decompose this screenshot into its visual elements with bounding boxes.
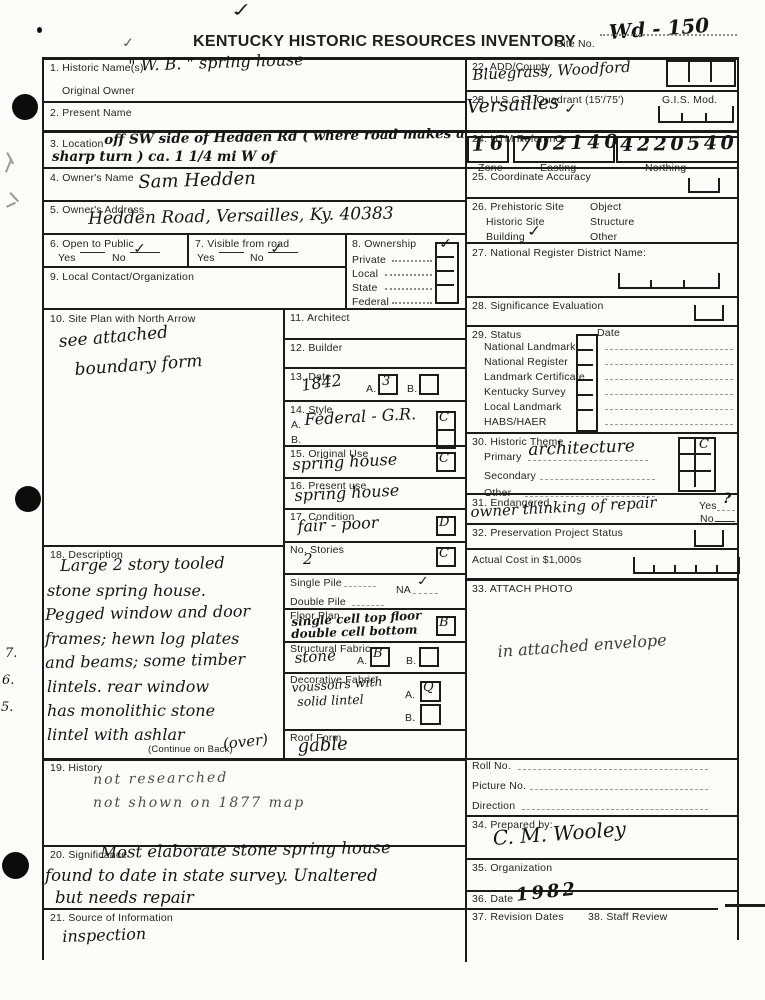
rule bbox=[577, 394, 593, 396]
field10-value-line2: boundary form bbox=[74, 351, 203, 380]
field6-yes-label: Yes bbox=[58, 252, 76, 264]
object-label: Object bbox=[590, 201, 622, 213]
field35-label: 35. Organization bbox=[472, 862, 552, 874]
rule bbox=[465, 815, 737, 817]
rule bbox=[465, 548, 737, 550]
decorative-a-label: A. bbox=[405, 689, 415, 701]
description-line: and beams; some timber bbox=[45, 650, 245, 672]
status-item: Kentucky Survey bbox=[484, 386, 566, 398]
utm-easting-value: 702140 bbox=[518, 130, 622, 156]
field16-value: spring house bbox=[294, 481, 400, 505]
status-item: National Register bbox=[484, 356, 568, 368]
status-item: National Landmark bbox=[484, 341, 576, 353]
floor-plan-line2: double cell bottom bbox=[291, 623, 418, 641]
field14-a-label: A. bbox=[291, 419, 301, 431]
actual-cost-box bbox=[633, 557, 740, 574]
field36-value: 1982 bbox=[515, 879, 579, 906]
rule bbox=[737, 57, 739, 940]
field22-box bbox=[666, 60, 736, 87]
endangered-no-line bbox=[715, 521, 735, 522]
na-check: ✓ bbox=[415, 573, 431, 589]
box-tick bbox=[674, 565, 676, 572]
description-line: lintel with ashlar bbox=[47, 725, 185, 744]
field25-box bbox=[688, 178, 720, 193]
rule bbox=[283, 508, 465, 510]
field36-label: 36. Date bbox=[472, 893, 513, 905]
rule bbox=[688, 61, 690, 82]
margin-number: 5. bbox=[1, 700, 13, 715]
structural-fabric-value: stone bbox=[294, 646, 336, 667]
history-line2: not shown on 1877 map bbox=[93, 795, 305, 811]
ownership-local-label: Local bbox=[352, 268, 378, 280]
margin-number: 6. bbox=[2, 673, 14, 688]
scanned-form-page: ✓ ✓ KENTUCKY HISTORIC RESOURCES INVENTOR… bbox=[0, 0, 765, 1000]
field23-value: Versailles bbox=[466, 91, 560, 118]
dash-leader bbox=[413, 593, 438, 594]
field6-no-check: ✓ bbox=[131, 240, 149, 257]
picture-no-label: Picture No. bbox=[472, 780, 526, 792]
rule bbox=[465, 296, 737, 298]
roof-form-value: gable bbox=[297, 733, 348, 757]
building-check: ✓ bbox=[525, 223, 544, 241]
field9-label: 9. Local Contact/Organization bbox=[50, 271, 194, 283]
endangered-yes-label: Yes bbox=[699, 500, 717, 512]
structural-a-label: A. bbox=[357, 655, 367, 667]
rule bbox=[42, 908, 465, 910]
decorative-line2: solid lintel bbox=[297, 692, 364, 709]
dotted-leader bbox=[385, 288, 432, 290]
description-line: Pegged window and door bbox=[45, 601, 250, 624]
theme-box-value: C bbox=[699, 437, 709, 452]
form-title: KENTUCKY HISTORIC RESOURCES INVENTORY bbox=[193, 33, 576, 51]
field27-box bbox=[618, 273, 720, 289]
checkmark: ✓ bbox=[228, 0, 256, 21]
field10-label: 10. Site Plan with North Arrow bbox=[50, 313, 195, 325]
field21-label: 21. Source of Information bbox=[50, 912, 173, 924]
rule bbox=[725, 904, 765, 907]
rule bbox=[283, 400, 465, 402]
source-value: inspection bbox=[62, 924, 146, 946]
field5-value: Hedden Road, Versailles, Ky. 40383 bbox=[88, 204, 394, 229]
continue-on-back-label: (Continue on Back) bbox=[148, 744, 233, 755]
field17-box-value: D bbox=[439, 515, 449, 530]
rule bbox=[679, 470, 711, 472]
rule bbox=[465, 908, 718, 910]
field14-b-box bbox=[436, 429, 456, 449]
status-item: HABS/HAER bbox=[484, 416, 546, 428]
rule bbox=[42, 266, 345, 268]
field6-no-label: No bbox=[112, 252, 126, 264]
primary-theme-value: architecture bbox=[528, 436, 635, 460]
dotted-leader bbox=[392, 302, 432, 304]
prehistoric-site-label: 26. Prehistoric Site bbox=[472, 201, 564, 213]
rule bbox=[42, 233, 465, 235]
rule bbox=[42, 101, 465, 103]
dash-leader bbox=[717, 510, 735, 511]
dotted-leader bbox=[385, 274, 432, 276]
rule bbox=[465, 578, 737, 581]
rule bbox=[42, 200, 465, 202]
over-note: (over) bbox=[222, 730, 269, 753]
rule bbox=[577, 409, 593, 411]
rule bbox=[42, 758, 465, 761]
status-item: Local Landmark bbox=[484, 401, 562, 413]
field15-value: spring house bbox=[292, 450, 398, 474]
field13-value: 1842 bbox=[300, 370, 343, 394]
field32-label: 32. Preservation Project Status bbox=[472, 527, 623, 539]
date-line bbox=[605, 364, 733, 365]
description-line: lintels. rear window bbox=[47, 677, 209, 696]
pencil-mark bbox=[6, 202, 16, 208]
rule bbox=[465, 167, 737, 169]
site-no-label: Site No. bbox=[556, 38, 595, 50]
rule bbox=[465, 858, 737, 860]
field13-a-label: A. bbox=[366, 383, 376, 395]
rule bbox=[465, 90, 737, 92]
field7-no-check: ✓ bbox=[268, 240, 286, 257]
dash-leader bbox=[518, 769, 708, 770]
rule bbox=[465, 57, 467, 962]
rule bbox=[283, 477, 465, 479]
significance-line3: but needs repair bbox=[55, 888, 194, 907]
significance-line2: found to date in state survey. Unaltered bbox=[45, 866, 378, 885]
field38-label: 38. Staff Review bbox=[588, 911, 667, 923]
margin-number: 7. bbox=[5, 646, 17, 661]
rule bbox=[710, 61, 712, 82]
field27-label: 27. National Register District Name: bbox=[472, 247, 646, 259]
field7-yes-label: Yes bbox=[197, 252, 215, 264]
decorative-b-box bbox=[420, 704, 441, 725]
date-line bbox=[605, 424, 733, 425]
rule bbox=[283, 541, 465, 543]
field4-value: Sam Hedden bbox=[138, 168, 256, 193]
hole-punch bbox=[15, 486, 41, 512]
field29-label: 29. Status bbox=[472, 329, 521, 341]
field13-b-box bbox=[419, 374, 439, 395]
endangered-yes-mark: ? bbox=[723, 491, 731, 507]
hole-punch bbox=[2, 852, 29, 879]
decorative-a-value: Q bbox=[423, 680, 434, 695]
gis-mod-label: G.I.S. Mod. bbox=[662, 94, 717, 106]
field17-value: fair - poor bbox=[297, 513, 379, 536]
site-no-value: Wd - 150 bbox=[608, 13, 710, 44]
box-tick bbox=[705, 113, 707, 121]
utm-zone-value: 16 bbox=[471, 132, 509, 156]
stories-box-value: C bbox=[439, 546, 449, 561]
box-tick bbox=[695, 565, 697, 572]
field23-check: ✓ bbox=[562, 100, 580, 117]
status-item: Landmark Certificate bbox=[484, 371, 585, 383]
hole-punch bbox=[12, 94, 38, 120]
utm-northing-value: 4220540 bbox=[620, 132, 737, 156]
rule bbox=[283, 338, 465, 340]
rule bbox=[436, 284, 454, 286]
rule bbox=[283, 308, 285, 758]
building-label: Building bbox=[486, 231, 525, 243]
site-no-rule bbox=[600, 34, 737, 36]
rule bbox=[577, 349, 593, 351]
gis-mod-box bbox=[658, 106, 734, 123]
stories-value: 2 bbox=[303, 550, 313, 568]
rule bbox=[283, 729, 465, 731]
field4-label: 4. Owner's Name bbox=[50, 172, 134, 184]
date-column-label: Date bbox=[597, 327, 620, 339]
description-line: Large 2 story tooled bbox=[60, 553, 225, 575]
field13-a-value: 3 bbox=[382, 374, 390, 389]
secondary-label: Secondary bbox=[484, 470, 536, 482]
original-owner-label: Original Owner bbox=[62, 85, 135, 97]
date-line bbox=[605, 394, 733, 395]
rule bbox=[187, 233, 189, 266]
field14-a-box-value: C bbox=[439, 410, 449, 425]
roll-no-label: Roll No. bbox=[472, 760, 511, 772]
rule bbox=[465, 890, 737, 892]
rule bbox=[577, 379, 593, 381]
rule bbox=[42, 545, 283, 547]
field33-label: 33. ATTACH PHOTO bbox=[472, 583, 573, 595]
history-line1: not researched bbox=[93, 770, 228, 788]
date-line bbox=[605, 379, 733, 380]
structural-a-value: B bbox=[373, 646, 383, 661]
field8-label: 8. Ownership bbox=[352, 238, 416, 250]
field1-value: " W. B. " spring house bbox=[128, 50, 304, 75]
field6-yes-line bbox=[80, 252, 105, 253]
primary-label: Primary bbox=[484, 451, 522, 463]
field7-no-label: No bbox=[250, 252, 264, 264]
rule bbox=[577, 364, 593, 366]
field13-b-label: B. bbox=[407, 383, 417, 395]
box-tick bbox=[716, 565, 718, 572]
field37-label: 37. Revision Dates bbox=[472, 911, 564, 923]
rule bbox=[465, 432, 737, 434]
field28-label: 28. Significance Evaluation bbox=[472, 300, 603, 312]
dash-leader bbox=[528, 460, 648, 461]
rule bbox=[436, 256, 454, 258]
rule bbox=[465, 523, 737, 525]
rule bbox=[465, 197, 737, 199]
other-label: Other bbox=[590, 231, 617, 243]
rule bbox=[283, 367, 465, 369]
field3-value-line2: sharp turn ) ca. 1 1/4 mi W of bbox=[52, 149, 276, 165]
field11-label: 11. Architect bbox=[290, 312, 350, 324]
rule bbox=[283, 573, 465, 575]
rule bbox=[679, 453, 711, 455]
date-line bbox=[605, 409, 733, 410]
dash-leader bbox=[522, 809, 708, 810]
double-pile-label: Double Pile bbox=[290, 596, 346, 608]
field28-box bbox=[694, 305, 724, 321]
description-line: has monolithic stone bbox=[47, 701, 215, 720]
field6-label: 6. Open to Public bbox=[50, 238, 134, 250]
ink-dot bbox=[37, 27, 42, 33]
field12-label: 12. Builder bbox=[290, 342, 342, 354]
theme-box-grid bbox=[678, 437, 716, 492]
box-tick bbox=[681, 113, 683, 121]
ownership-private-label: Private bbox=[352, 254, 386, 266]
rule bbox=[436, 270, 454, 272]
rule bbox=[42, 57, 44, 960]
northing-label: Northing bbox=[645, 162, 686, 174]
box-tick bbox=[683, 280, 685, 287]
structural-b-label: B. bbox=[406, 655, 416, 667]
description-line: stone spring house. bbox=[47, 581, 206, 600]
direction-label: Direction bbox=[472, 800, 515, 812]
dash-leader bbox=[352, 605, 384, 606]
endangered-no-label: No bbox=[700, 513, 714, 525]
box-tick bbox=[650, 280, 652, 287]
field32-box bbox=[694, 530, 724, 547]
na-label: NA bbox=[396, 584, 411, 596]
ownership-federal-label: Federal bbox=[352, 296, 389, 308]
field14-b-label: B. bbox=[291, 434, 301, 446]
field7-yes-line bbox=[219, 252, 244, 253]
pencil-mark bbox=[5, 158, 12, 173]
box-tick bbox=[653, 565, 655, 572]
rule bbox=[345, 233, 347, 308]
dash-leader bbox=[344, 586, 376, 587]
field2-label: 2. Present Name bbox=[50, 107, 132, 119]
dash-leader bbox=[530, 789, 708, 790]
dash-leader bbox=[540, 479, 655, 480]
field33-value: in attached envelope bbox=[497, 630, 667, 661]
date-line bbox=[605, 349, 733, 350]
rule bbox=[694, 438, 696, 487]
structure-label: Structure bbox=[590, 216, 634, 228]
dotted-leader bbox=[392, 260, 432, 262]
description-line: frames; hewn log plates bbox=[45, 629, 239, 648]
checkmark: ✓ bbox=[120, 35, 137, 51]
ownership-checkbox-stack bbox=[435, 242, 459, 304]
field10-value-line1: see attached bbox=[58, 322, 169, 351]
field25-label: 25. Coordinate Accuracy bbox=[472, 171, 591, 183]
floor-plan-box-value: B bbox=[439, 615, 449, 630]
significance-line1: Most elaborate stone spring house bbox=[100, 838, 391, 862]
field15-box-value: C bbox=[439, 451, 449, 466]
ownership-state-label: State bbox=[352, 282, 378, 294]
decorative-b-label: B. bbox=[405, 712, 415, 724]
actual-cost-label: Actual Cost in $1,000s bbox=[472, 554, 581, 566]
stories-label: No. Stories bbox=[290, 544, 344, 556]
rule bbox=[42, 308, 465, 310]
single-pile-label: Single Pile bbox=[290, 577, 342, 589]
structural-b-box bbox=[419, 647, 439, 667]
